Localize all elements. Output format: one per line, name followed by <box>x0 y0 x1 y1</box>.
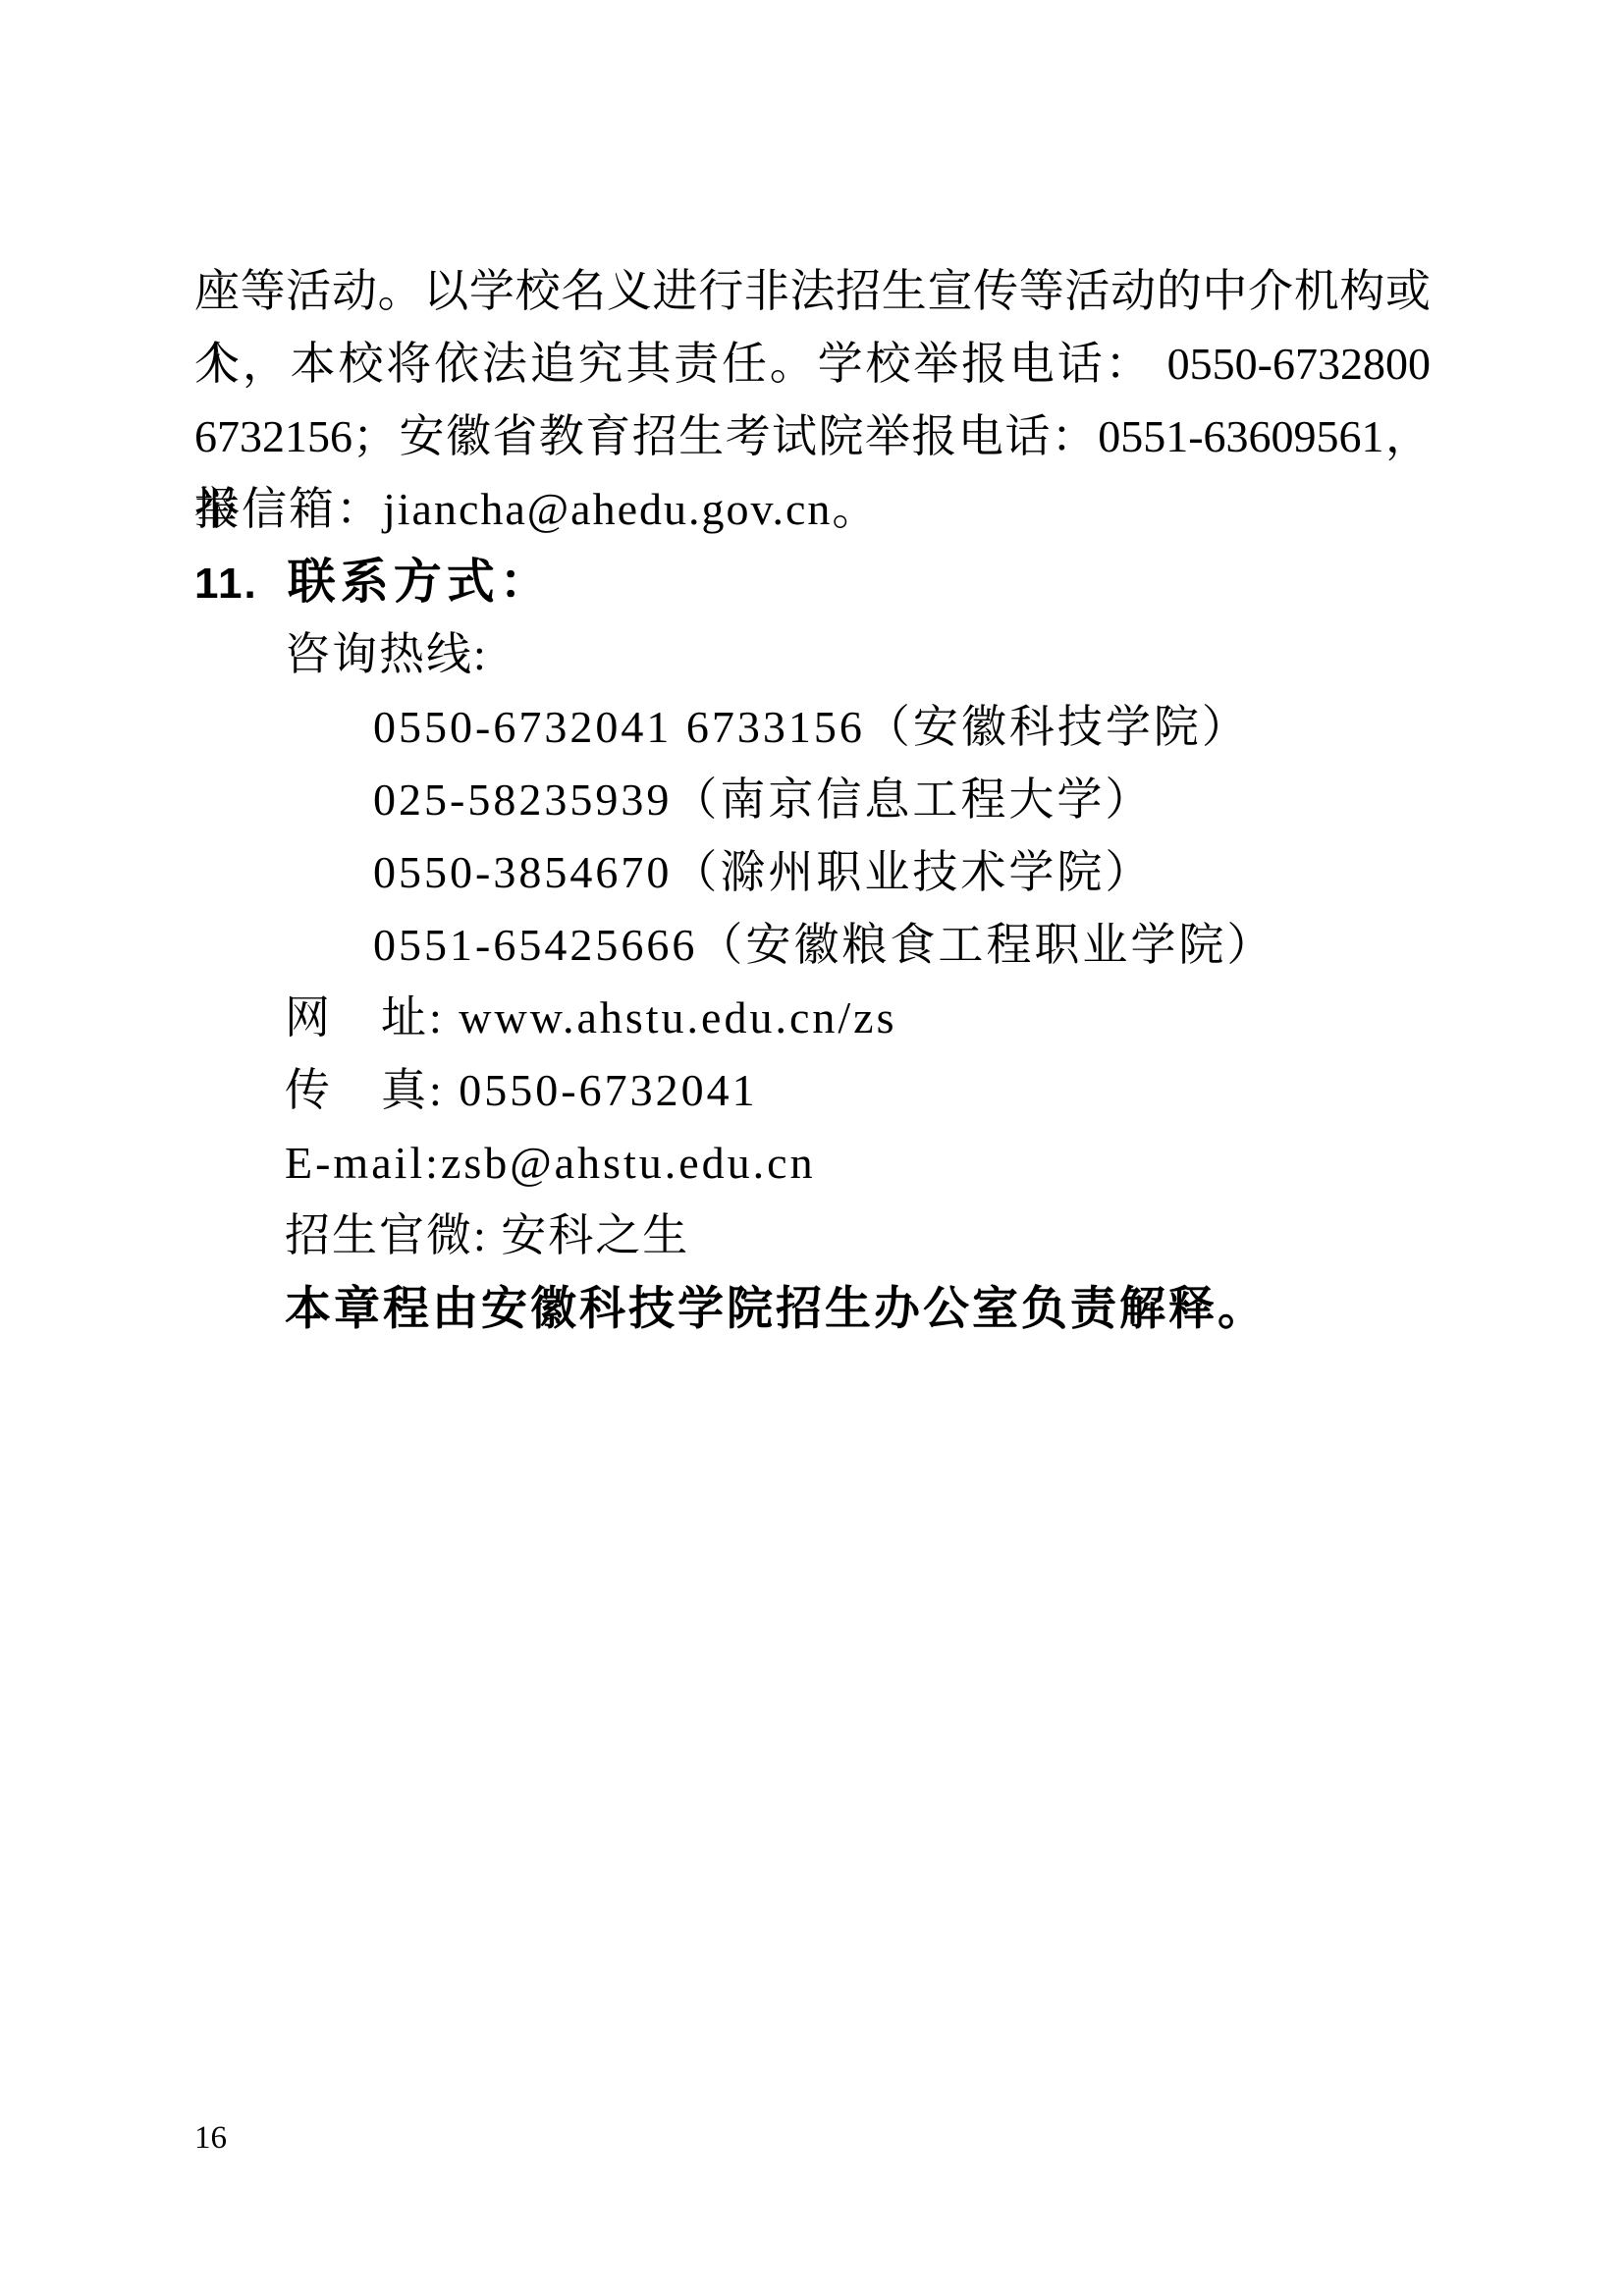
fax-line: 传 真: 0550-6732041 <box>194 1054 1431 1127</box>
email-line: E-mail:zsb@ahstu.edu.cn <box>194 1127 1431 1200</box>
body-paragraph-line-3: 6732156；安徽省教育招生考试院举报电话：0551-63609561，举 <box>194 400 1431 473</box>
document-page: 座等活动。以学校名义进行非法招生宣传等活动的中介机构或个 人，本校将依法追究其责… <box>0 0 1624 2296</box>
wechat-line: 招生官微: 安科之生 <box>194 1200 1431 1272</box>
body-paragraph-line-4: 报信箱：jiancha@ahedu.gov.cn。 <box>194 473 1431 546</box>
website-line: 网 址: www.ahstu.edu.cn/zs <box>194 982 1431 1054</box>
body-paragraph-line-2: 人，本校将依法追究其责任。学校举报电话： 0550-6732800 <box>194 328 1431 400</box>
section-heading: 11.联系方式： <box>194 546 1431 618</box>
hotline-item-2: 025-58235939（南京信息工程大学） <box>194 764 1431 836</box>
section-heading-label: 联系方式： <box>288 556 553 609</box>
body-paragraph-line-1: 座等活动。以学校名义进行非法招生宣传等活动的中介机构或个 <box>194 255 1431 328</box>
section-heading-number: 11. <box>194 560 258 608</box>
hotline-item-4: 0551-65425666（安徽粮食工程职业学院） <box>194 909 1431 982</box>
page-content: 座等活动。以学校名义进行非法招生宣传等活动的中介机构或个 人，本校将依法追究其责… <box>194 255 1431 1345</box>
hotline-item-1: 0550-6732041 6733156（安徽科技学院） <box>194 691 1431 764</box>
hotline-item-3: 0550-3854670（滁州职业技术学院） <box>194 836 1431 909</box>
page-number: 16 <box>194 2118 227 2158</box>
hotline-label: 咨询热线: <box>194 618 1431 691</box>
footer-statement: 本章程由安徽科技学院招生办公室负责解释。 <box>194 1272 1431 1345</box>
